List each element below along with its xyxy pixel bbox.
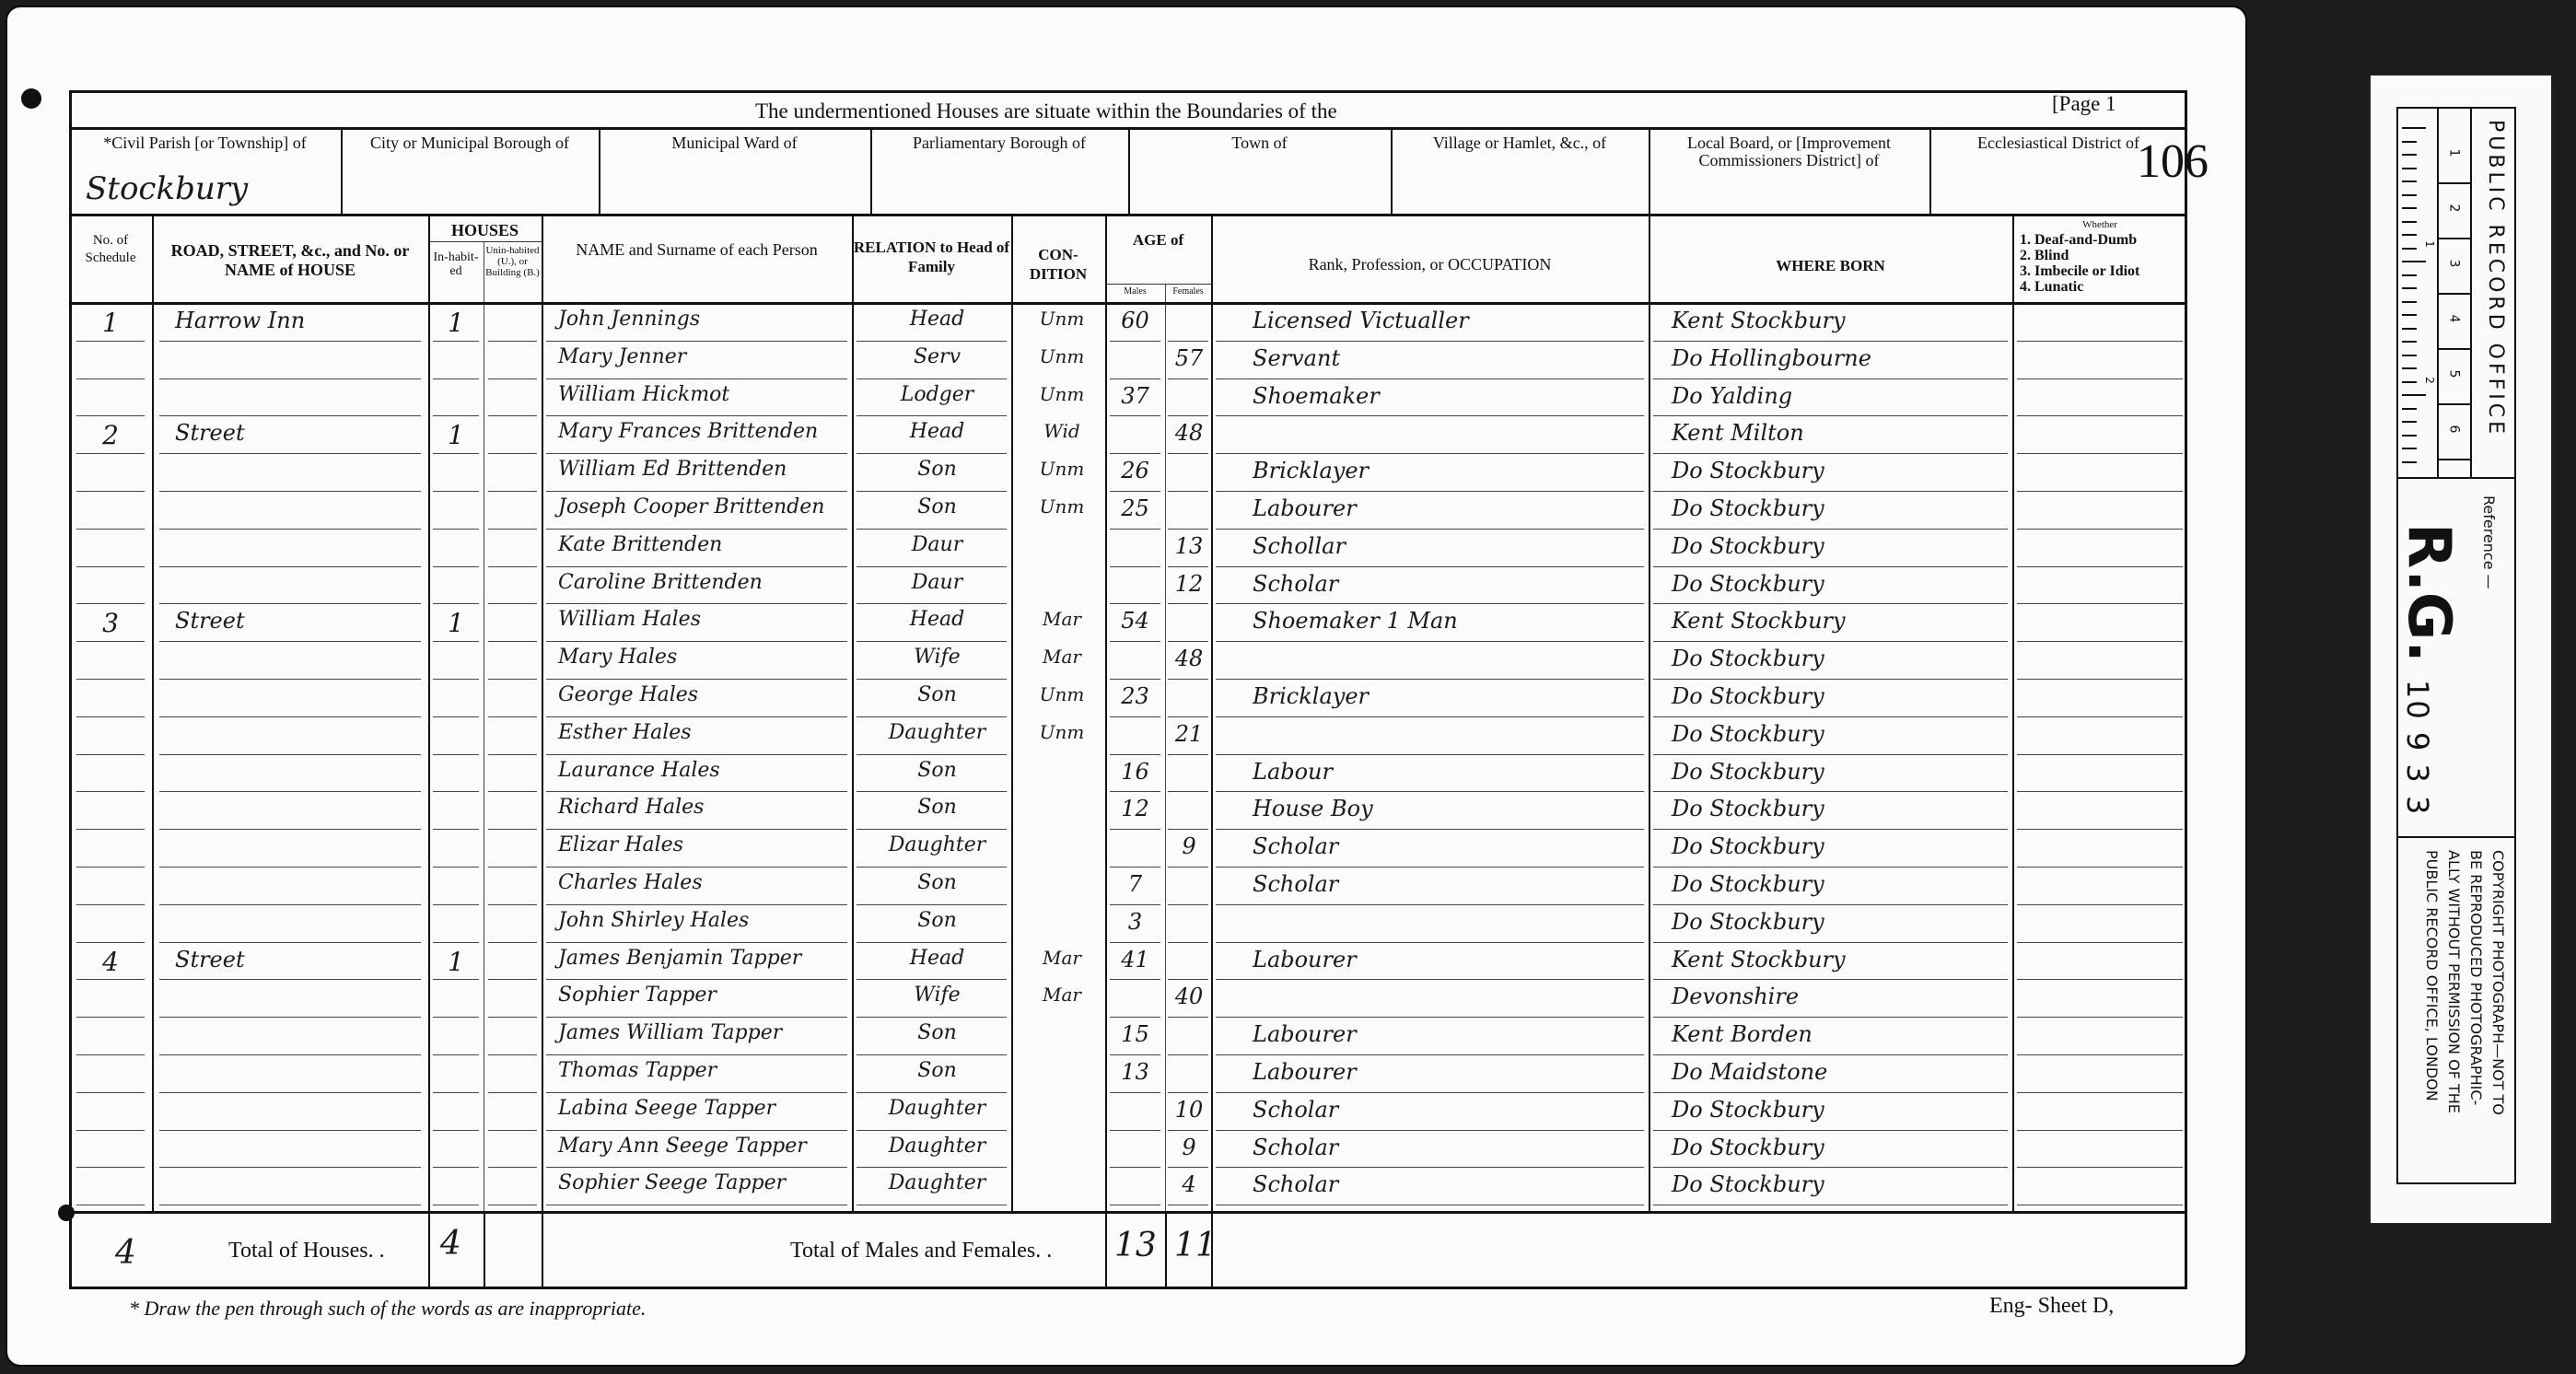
row-inhabited: 1: [428, 420, 484, 450]
scale-tick: [2402, 341, 2417, 343]
row-name: James Benjamin Tapper: [558, 947, 862, 970]
ruled-line: [2017, 904, 2183, 905]
ruled-line: [1653, 641, 2008, 642]
ruled-line: [857, 867, 1007, 867]
ruled-line: [1216, 1054, 1644, 1055]
column-divider: [542, 1211, 543, 1289]
boundary-label: Town of: [1128, 134, 1391, 152]
copyright-line-2: BE REPRODUCED PHOTOGRAPHIC-: [2467, 850, 2485, 1105]
ruled-line: [546, 679, 847, 680]
row-male-age: 54: [1110, 608, 1160, 634]
ruled-line: [857, 491, 1007, 492]
ruled-line: [488, 603, 537, 604]
column-divider: [428, 1211, 430, 1289]
scale-tick: [2402, 207, 2417, 209]
ruled-line: [1216, 867, 1644, 867]
ruled-line: [159, 904, 421, 905]
row-relation: Daughter: [861, 1097, 1013, 1120]
ruled-line: [159, 867, 421, 867]
row-name: Richard Hales: [558, 796, 862, 819]
column-divider: [1105, 1211, 1107, 1289]
divider: [2398, 836, 2514, 838]
ruled-line: [1168, 341, 1208, 342]
column-divider: [1128, 129, 1130, 214]
ruled-line: [546, 942, 847, 943]
row-occupation: Scholar: [1253, 871, 1639, 897]
ruled-line: [1110, 716, 1160, 717]
row-name: William Ed Brittenden: [558, 458, 862, 481]
ruled-line: [1216, 491, 1644, 492]
ruled-line: [159, 716, 421, 717]
ruled-line: [546, 566, 847, 567]
row-male-age: 15: [1110, 1021, 1160, 1047]
copyright-line-3: ALLY WITHOUT PERMISSION OF THE: [2445, 850, 2463, 1113]
females-total: 11: [1174, 1227, 1217, 1264]
row-where-born: Do Stockbury: [1672, 646, 2022, 671]
row-occupation: Shoemaker: [1253, 383, 1639, 409]
ruled-line: [1168, 603, 1208, 604]
ruled-line: [1110, 378, 1160, 379]
ruled-line: [546, 1017, 847, 1018]
ruled-line: [1168, 453, 1208, 454]
ruled-line: [76, 1092, 145, 1093]
row-where-born: Do Stockbury: [1672, 871, 2022, 897]
ruled-line: [433, 603, 479, 604]
ruled-line: [1216, 754, 1644, 755]
row-name: Sophier Tapper: [558, 984, 862, 1007]
row-male-age: 16: [1110, 759, 1160, 785]
row-schedule: 1: [69, 308, 152, 338]
row-condition: Unm: [1020, 721, 1103, 743]
scale-divider: [2437, 293, 2470, 295]
column-divider: [1165, 1211, 1167, 1289]
column-header-label: WHERE BORN: [1649, 256, 2012, 275]
row-condition: Mar: [1020, 646, 1103, 668]
ruled-line: [488, 641, 537, 642]
ruled-line: [433, 1017, 479, 1018]
houses-total-value: 4: [440, 1225, 461, 1263]
ruled-line: [159, 566, 421, 567]
row-female-age: 40: [1167, 984, 1211, 1009]
ruled-line: [2017, 453, 2183, 454]
scale-divider: [2437, 459, 2470, 460]
ruled-line: [546, 791, 847, 792]
ruled-line: [2017, 1205, 2183, 1205]
ruled-line: [2017, 1092, 2183, 1093]
ruled-line: [1216, 1167, 1644, 1168]
row-occupation: Labourer: [1253, 495, 1639, 521]
ruled-line: [76, 942, 145, 943]
row-female-age: 10: [1167, 1097, 1211, 1123]
scale-tick: [2402, 127, 2426, 129]
ruled-line: [433, 491, 479, 492]
ruled-line: [857, 378, 1007, 379]
row-male-age: 23: [1110, 683, 1160, 709]
males-total: 13: [1114, 1227, 1157, 1264]
ruled-line: [1110, 341, 1160, 342]
row-name: Laurance Hales: [558, 759, 862, 782]
ruled-line: [76, 904, 145, 905]
ruled-line: [433, 679, 479, 680]
row-name: Esther Hales: [558, 721, 862, 744]
ruled-line: [76, 1205, 145, 1205]
row-inhabited: 1: [428, 947, 484, 977]
row-relation: Son: [861, 796, 1013, 819]
schedules-total: 4: [115, 1234, 136, 1272]
ruled-line: [1110, 904, 1160, 905]
scale-tick: [2402, 301, 2417, 303]
ruled-line: [433, 942, 479, 943]
row-where-born: Do Maidstone: [1672, 1059, 2022, 1085]
ruled-line: [546, 529, 847, 530]
ruled-line: [1653, 716, 2008, 717]
row-male-age: 25: [1110, 495, 1160, 521]
row-relation: Daur: [861, 533, 1013, 556]
ruled-line: [433, 791, 479, 792]
scale-tick: [2402, 154, 2417, 156]
row-female-age: 4: [1167, 1171, 1211, 1197]
ruled-line: [1653, 979, 2008, 980]
row-inhabited: 1: [428, 608, 484, 638]
column-header-label: Whether: [2012, 219, 2187, 230]
ruled-line: [488, 867, 537, 867]
ruled-line: [546, 641, 847, 642]
ruled-line: [1216, 1205, 1644, 1205]
row-relation: Son: [861, 759, 1013, 782]
ruled-line: [76, 867, 145, 867]
ruled-line: [1110, 1130, 1160, 1131]
row-where-born: Do Stockbury: [1672, 683, 2022, 709]
ruled-line: [1168, 679, 1208, 680]
ruled-line: [1216, 904, 1644, 905]
row-name: William Hickmot: [558, 383, 862, 406]
row-female-age: 9: [1167, 833, 1211, 859]
row-occupation: Servant: [1253, 345, 1639, 371]
row-occupation: Licensed Victualler: [1253, 308, 1639, 333]
row-occupation: Bricklayer: [1253, 458, 1639, 483]
column-divider: [1391, 129, 1393, 214]
ruled-line: [1216, 341, 1644, 342]
scale-tick: [2402, 367, 2417, 369]
row-schedule: 3: [69, 608, 152, 638]
ruled-line: [433, 1130, 479, 1131]
ruled-line: [159, 378, 421, 379]
ruled-line: [433, 904, 479, 905]
copyright-line-1: COPYRIGHT PHOTOGRAPH—NOT TO: [2489, 850, 2507, 1115]
ruled-line: [1110, 566, 1160, 567]
column-divider: [1211, 1211, 1213, 1289]
row-name: Mary Hales: [558, 646, 862, 669]
ruled-line: [1216, 415, 1644, 416]
ruled-line: [1653, 566, 2008, 567]
ruled-line: [1110, 1205, 1160, 1205]
ruled-line: [2017, 754, 2183, 755]
ruled-line: [857, 1167, 1007, 1168]
ruled-line: [2017, 566, 2183, 567]
row-condition: Unm: [1020, 458, 1103, 480]
ruled-line: [1216, 829, 1644, 830]
ruled-line: [76, 566, 145, 567]
infirmity-option: 2. Blind: [2020, 248, 2069, 264]
ruled-line: [159, 679, 421, 680]
persons-total-label: Total of Males and Females. .: [790, 1239, 1052, 1263]
row-where-born: Kent Stockbury: [1672, 608, 2022, 634]
row-condition: Unm: [1020, 308, 1103, 330]
ruled-line: [488, 1130, 537, 1131]
ruled-line: [857, 341, 1007, 342]
ruled-line: [1110, 1092, 1160, 1093]
ruled-line: [546, 603, 847, 604]
divider: [2398, 477, 2514, 479]
row-road: Street: [175, 608, 405, 634]
ruled-line: [1653, 1054, 2008, 1055]
column-header-label: Males: [1105, 287, 1165, 297]
column-header-label: No. of Schedule: [69, 232, 152, 267]
row-male-age: 60: [1110, 308, 1160, 333]
row-condition: Unm: [1020, 345, 1103, 367]
row-condition: Mar: [1020, 608, 1103, 630]
ruled-line: [857, 1130, 1007, 1131]
ruled-line: [546, 1205, 847, 1205]
ruled-line: [2017, 1130, 2183, 1131]
ruled-line: [1168, 904, 1208, 905]
row-relation: Son: [861, 1021, 1013, 1044]
ruled-line: [1110, 942, 1160, 943]
scale-number: 5: [2446, 370, 2461, 378]
ruled-line: [2017, 1017, 2183, 1018]
divider: [428, 241, 542, 242]
row-male-age: 3: [1110, 909, 1160, 935]
row-where-born: Do Stockbury: [1672, 1097, 2022, 1123]
ruled-line: [488, 378, 537, 379]
ruled-line: [433, 867, 479, 867]
column-header-label: Females: [1165, 287, 1211, 297]
row-name: Charles Hales: [558, 871, 862, 894]
ruled-line: [1216, 453, 1644, 454]
reference-number: 10 9 3 3: [2400, 680, 2435, 816]
row-relation: Daughter: [861, 721, 1013, 744]
ruled-line: [1110, 641, 1160, 642]
row-relation: Daur: [861, 571, 1013, 594]
ruled-line: [433, 566, 479, 567]
row-name: Joseph Cooper Brittenden: [558, 495, 862, 518]
row-where-born: Do Stockbury: [1672, 796, 2022, 821]
row-female-age: 57: [1167, 345, 1211, 371]
ruled-line: [488, 1205, 537, 1205]
ruled-line: [1653, 679, 2008, 680]
ruled-line: [1653, 904, 2008, 905]
ruled-line: [159, 942, 421, 943]
scale-tick: [2402, 287, 2417, 289]
ruled-line: [546, 341, 847, 342]
ruled-line: [857, 415, 1007, 416]
ruled-line: [2017, 1054, 2183, 1055]
column-divider: [1929, 129, 1931, 214]
ruled-line: [1216, 1092, 1644, 1093]
ruled-line: [159, 641, 421, 642]
ruled-line: [1653, 529, 2008, 530]
column-header-label: Rank, Profession, or OCCUPATION: [1211, 256, 1649, 274]
row-occupation: Bricklayer: [1253, 683, 1639, 709]
ruled-line: [1216, 942, 1644, 943]
row-male-age: 26: [1110, 458, 1160, 483]
ruled-line: [857, 603, 1007, 604]
ruled-line: [76, 829, 145, 830]
archive-office-name: PUBLIC RECORD OFFICE: [2484, 120, 2507, 437]
row-female-age: 21: [1167, 721, 1211, 747]
ruled-line: [857, 1092, 1007, 1093]
boundary-label: Village or Hamlet, &c., of: [1391, 134, 1649, 152]
ruled-line: [1653, 341, 2008, 342]
ruled-line: [433, 829, 479, 830]
ruled-line: [857, 641, 1007, 642]
row-relation: Son: [861, 458, 1013, 481]
sheet-label: Eng- Sheet D,: [1989, 1294, 2114, 1319]
row-relation: Son: [861, 1059, 1013, 1082]
ruled-line: [159, 453, 421, 454]
row-where-born: Do Stockbury: [1672, 571, 2022, 597]
row-where-born: Do Stockbury: [1672, 833, 2022, 859]
ruled-line: [1168, 1167, 1208, 1168]
ruled-line: [546, 979, 847, 980]
ruled-line: [488, 904, 537, 905]
row-where-born: Do Stockbury: [1672, 759, 2022, 785]
form-title: The undermentioned Houses are situate wi…: [755, 99, 1337, 123]
scale-number: 6: [2446, 425, 2461, 434]
ruled-line: [159, 603, 421, 604]
infirmity-option: 1. Deaf-and-Dumb: [2020, 232, 2137, 249]
column-header-label: HOUSES: [428, 221, 542, 240]
row-occupation: House Boy: [1253, 796, 1639, 821]
ruled-line: [546, 716, 847, 717]
divider: [69, 302, 2187, 305]
row-female-age: 48: [1167, 420, 1211, 446]
row-road: Harrow Inn: [175, 308, 405, 333]
ruled-line: [857, 566, 1007, 567]
ruled-line: [488, 491, 537, 492]
row-name: Thomas Tapper: [558, 1059, 862, 1082]
scale-tick: [2402, 314, 2417, 316]
scale-tick: [2402, 448, 2417, 449]
row-where-born: Kent Milton: [1672, 420, 2022, 446]
ruled-line: [546, 1054, 847, 1055]
ruled-line: [2017, 491, 2183, 492]
ruled-line: [488, 829, 537, 830]
scale-tick: [2402, 248, 2417, 250]
row-condition: Mar: [1020, 984, 1103, 1006]
row-relation: Son: [861, 495, 1013, 518]
ruled-line: [488, 341, 537, 342]
row-name: Mary Ann Seege Tapper: [558, 1135, 862, 1158]
ruled-line: [2017, 979, 2183, 980]
ruled-line: [433, 415, 479, 416]
ruled-line: [546, 904, 847, 905]
ruled-line: [1216, 1130, 1644, 1131]
ruled-line: [857, 453, 1007, 454]
ruled-line: [76, 453, 145, 454]
ruled-line: [1168, 378, 1208, 379]
ruled-line: [1653, 829, 2008, 830]
ruled-line: [1216, 679, 1644, 680]
ruled-line: [76, 1017, 145, 1018]
row-relation: Lodger: [861, 383, 1013, 406]
ruled-line: [1216, 1017, 1644, 1018]
ruled-line: [1110, 491, 1160, 492]
ruled-line: [433, 341, 479, 342]
ruled-line: [1653, 754, 2008, 755]
ruled-line: [1653, 491, 2008, 492]
row-relation: Head: [861, 308, 1013, 331]
ruled-line: [159, 415, 421, 416]
ruled-line: [433, 641, 479, 642]
column-header-label: CON-DITION: [1011, 245, 1105, 284]
column-header-label: NAME and Surname of each Person: [542, 241, 852, 259]
column-header-label: ROAD, STREET, &c., and No. or NAME of HO…: [152, 241, 428, 280]
ruled-line: [857, 1054, 1007, 1055]
ruled-line: [857, 679, 1007, 680]
page-label: [Page 1: [2052, 92, 2116, 116]
ruled-line: [546, 415, 847, 416]
ruled-line: [433, 1205, 479, 1205]
row-where-born: Do Stockbury: [1672, 721, 2022, 747]
scale-number: 3: [2446, 260, 2461, 268]
row-where-born: Do Stockbury: [1672, 909, 2022, 935]
ruled-line: [1110, 453, 1160, 454]
row-name: George Hales: [558, 683, 862, 706]
row-name: Labina Seege Tapper: [558, 1097, 862, 1120]
copyright-line-4: PUBLIC RECORD OFFICE, LONDON: [2423, 850, 2441, 1101]
scale-divider: [2437, 182, 2470, 184]
row-name: Kate Brittenden: [558, 533, 862, 556]
ruled-line: [857, 942, 1007, 943]
ruled-line: [1110, 529, 1160, 530]
column-header-label: AGE of: [1105, 230, 1211, 250]
ruled-line: [1168, 1205, 1208, 1205]
row-where-born: Do Stockbury: [1672, 1135, 2022, 1160]
ruled-line: [159, 754, 421, 755]
ruled-line: [1653, 942, 2008, 943]
row-condition: Unm: [1020, 383, 1103, 405]
ruled-line: [433, 378, 479, 379]
ruled-line: [488, 453, 537, 454]
row-relation: Head: [861, 608, 1013, 631]
ruled-line: [1168, 1054, 1208, 1055]
row-relation: Head: [861, 947, 1013, 970]
scale-tick: [2402, 328, 2417, 330]
ruled-line: [1216, 979, 1644, 980]
ruled-line: [159, 491, 421, 492]
ruled-line: [1653, 791, 2008, 792]
ruled-line: [546, 378, 847, 379]
ruled-line: [1653, 1205, 2008, 1205]
row-name: Elizar Hales: [558, 833, 862, 856]
scale-tick: [2402, 261, 2426, 262]
ruled-line: [546, 754, 847, 755]
column-divider: [870, 129, 872, 214]
ruled-line: [488, 1054, 537, 1055]
scale-tick: [2402, 394, 2426, 396]
row-occupation: Labourer: [1253, 947, 1639, 972]
row-relation: Wife: [861, 646, 1013, 669]
scale-tick: [2402, 194, 2417, 196]
boundary-label: Local Board, or [Improvement Commissione…: [1649, 134, 1929, 169]
ruled-line: [1168, 979, 1208, 980]
scale-tick: [2402, 168, 2417, 169]
ruled-line: [433, 754, 479, 755]
ruled-line: [2017, 679, 2183, 680]
row-male-age: 41: [1110, 947, 1160, 972]
ruled-line: [1168, 1092, 1208, 1093]
